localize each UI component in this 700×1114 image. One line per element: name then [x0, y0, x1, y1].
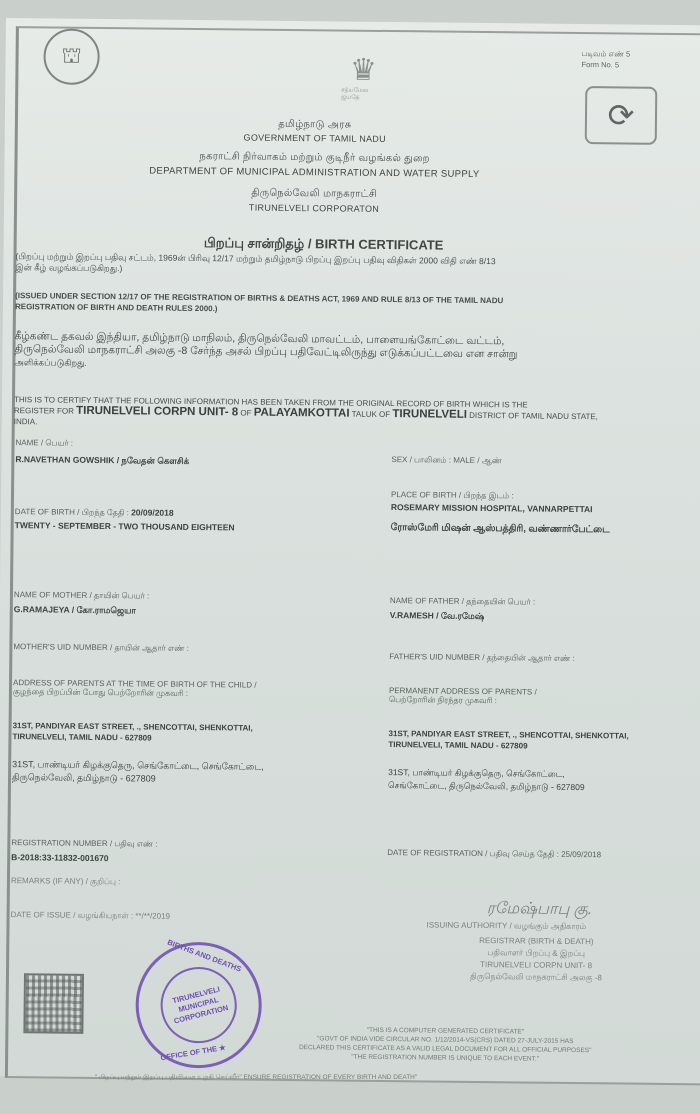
addr-perm-label: PERMANENT ADDRESS OF PARENTS / பெற்றோரின… [389, 686, 537, 707]
cert-text: DISTRICT OF TAMIL NADU STATE, [467, 411, 598, 421]
registrar-line: திருநெல்வேலி மாநகராட்சி அலகு -8 [416, 970, 656, 985]
pob-value-ta: ரோஸ்மேரி மிஷன் ஆஸ்பத்திரி, வண்ணார்பேட்டை [391, 522, 610, 536]
ashoka-emblem-icon: ♛சத்யமேவ ஜயதே [341, 42, 386, 112]
addr-perm-label-ta: பெற்றோரின் நிரந்தர முகவரி : [389, 695, 537, 707]
cert-text: TALUK OF [350, 410, 393, 419]
issue-label-text: DATE OF ISSUE / வழங்கியநாள் : [11, 910, 134, 920]
sex-label: SEX / பாலினம் : MALE / ஆண் [391, 455, 502, 466]
remarks-label: REMARKS (IF ANY) / குறிப்பு : [11, 876, 121, 887]
mother-value: G.RAMAJEYA / கோ.ராமஜெயா [14, 604, 136, 617]
birth-certificate-document: ⛫ ♛சத்யமேவ ஜயதே படிவம் எண் 5 Form No. 5 … [0, 18, 700, 1083]
reg-no-label: REGISTRATION NUMBER / பதிவு எண் : [11, 838, 157, 850]
form-number-en: Form No. 5 [581, 59, 630, 71]
tamil-nadu-emblem-icon: ⛫ [43, 28, 100, 85]
document-border [5, 26, 700, 1085]
issue-date-value: **/**/2019 [135, 911, 170, 920]
corp-unit: TIRUNELVELI CORPN UNIT- 8 [76, 405, 238, 419]
qr-code-icon [23, 973, 84, 1034]
reg-date-label-text: DATE OF REGISTRATION / பதிவு செய்த தேதி … [387, 848, 559, 859]
addr-birth-en: 31ST, PANDIYAR EAST STREET, ., SHENCOTTA… [12, 720, 252, 745]
district: TIRUNELVELI [392, 408, 467, 421]
cert-text: OF [238, 408, 254, 417]
pob-value-en: ROSEMARY MISSION HOSPITAL, VANNARPETTAI [391, 502, 593, 514]
dob-label: DATE OF BIRTH / பிறந்த தேதி : 20/09/2018 [15, 506, 174, 519]
name-value: R.NAVETHAN GOWSHIK / நவேதன் கௌசிக் [15, 454, 189, 468]
reg-date-value: 25/09/2018 [561, 850, 601, 859]
registrar-seal: BIRTHS AND DEATHS OFFICE OF THE ★ TIRUNE… [135, 941, 262, 1068]
father-value: V.RAMESH / வே.ரமேஷ் [390, 610, 485, 623]
computer-generated-note: "THIS IS A COMPUTER GENERATED CERTIFICAT… [245, 1025, 645, 1065]
name-label: NAME / பெயர் : [15, 438, 73, 449]
form-number: படிவம் எண் 5 Form No. 5 [581, 48, 630, 71]
registration-reminder: " பிறப்பு மற்றும் இறப்பு பதிவினை உறுதி ச… [95, 1073, 417, 1082]
form-number-ta: படிவம் எண் 5 [582, 48, 631, 60]
certification-ta: கீழ்கண்ட தகவல் இந்தியா, தமிழ்நாடு மாநிலம… [14, 330, 700, 376]
registrar-signature: ரமேஷ்பாபு கு. [487, 899, 593, 920]
taluk: PALAYAMKOTTAI [254, 407, 350, 420]
seal-ring-text: OFFICE OF THE ★ [160, 1043, 226, 1063]
cert-text: REGISTER FOR [14, 406, 76, 416]
addr-perm-en: 31ST, PANDIYAR EAST STREET, ., SHENCOTTA… [388, 728, 628, 753]
reg-no-value: B-2018:33-11832-001670 [11, 852, 108, 863]
mother-label: NAME OF MOTHER / தாயின் பெயர் : [14, 590, 149, 601]
addr-birth-ta: 31ST, பாண்டியர் கிழக்குதெரு, செங்கோட்டை,… [12, 758, 264, 787]
addr-line: திருநெல்வேலி, தமிழ்நாடு - 627809 [12, 771, 264, 787]
seal-center: TIRUNELVELI MUNICIPAL CORPORATION [152, 959, 245, 1052]
dob-value: 20/09/2018 [131, 507, 174, 517]
sex-label-text: SEX / பாலினம் : [391, 455, 451, 465]
pob-label: PLACE OF BIRTH / பிறந்த இடம் : [391, 490, 514, 501]
addr-line: செங்கோட்டை, திருநெல்வேலி, தமிழ்நாடு - 62… [388, 779, 585, 794]
sex-value: MALE / ஆண் [453, 456, 502, 466]
emblem-motto: சத்யமேவ ஜயதே [341, 87, 385, 101]
mother-uid-label: MOTHER'S UID NUMBER / தாயின் ஆதார் எண் : [13, 642, 189, 654]
father-label: NAME OF FATHER / தந்தையின் பெயர் : [390, 596, 535, 608]
issuing-authority-label: ISSUING AUTHORITY / வழங்கும் அதிகாரம் [426, 920, 586, 932]
issue-date-label: DATE OF ISSUE / வழங்கியநாள் : **/**/2019 [11, 910, 171, 922]
addr-perm-ta: 31ST, பாண்டியர் கிழக்குதெரு, செங்கோட்டை,… [388, 766, 585, 794]
addr-birth-label: ADDRESS OF PARENTS AT THE TIME OF BIRTH … [13, 678, 257, 700]
registrar-block: REGISTRAR (BIRTH & DEATH) பதிவாளர் பிறப்… [416, 934, 656, 985]
father-uid-label: FATHER'S UID NUMBER / தந்தையின் ஆதார் எண… [389, 652, 575, 664]
dob-label-text: DATE OF BIRTH / பிறந்த தேதி : [15, 507, 129, 517]
